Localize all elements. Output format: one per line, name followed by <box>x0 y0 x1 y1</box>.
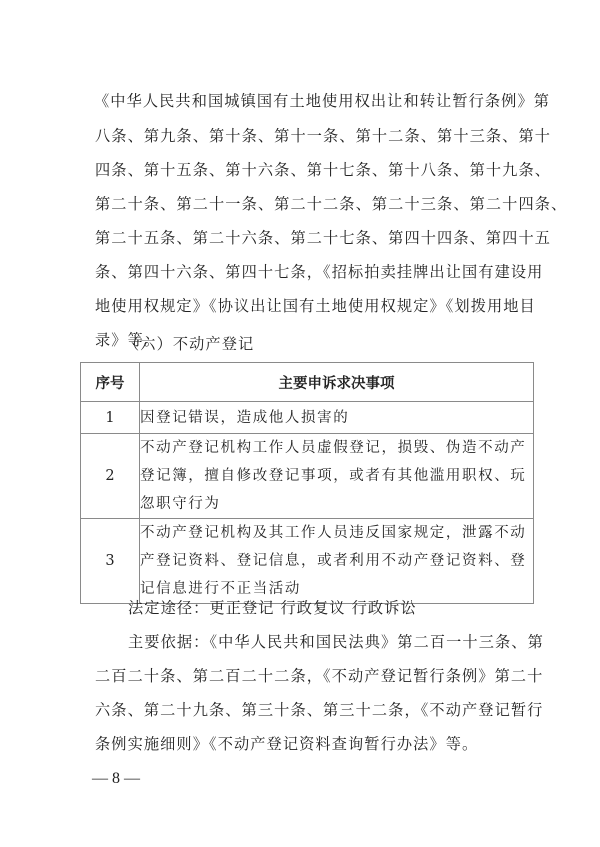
column-header-item: 主要申诉求决事项 <box>140 363 534 402</box>
text-line: 四条、第十五条、第十六条、第十七条、第十八条、第十九条、 <box>95 160 535 180</box>
row-number: 2 <box>81 434 140 519</box>
table-row: 3 不动产登记机构及其工作人员违反国家规定，泄露不动产登记资料、登记信息，或者利… <box>81 519 534 604</box>
row-item: 不动产登记机构及其工作人员违反国家规定，泄露不动产登记资料、登记信息，或者利用不… <box>140 519 534 604</box>
section-heading: （六）不动产登记 <box>124 334 564 354</box>
complaint-table: 序号 主要申诉求决事项 1 因登记错误，造成他人损害的 2 不动产登记机构工作人… <box>80 362 534 604</box>
table-row: 1 因登记错误，造成他人损害的 <box>81 402 534 434</box>
page-number: — 8 — <box>92 770 140 788</box>
text-line: 第二十条、第二十一条、第二十二条、第二十三条、第二十四条、 <box>95 194 535 214</box>
table-header-row: 序号 主要申诉求决事项 <box>81 363 534 402</box>
text-line: 《中华人民共和国城镇国有土地使用权出让和转让暂行条例》第 <box>94 91 534 111</box>
text-line: 条例实施细则》《不动产登记资料查询暂行办法》等。 <box>95 734 535 754</box>
row-item: 不动产登记机构工作人员虚假登记，损毁、伪造不动产登记簿，擅自修改登记事项，或者有… <box>140 434 534 519</box>
text-line: 第二十五条、第二十六条、第二十七条、第四十四条、第四十五 <box>95 228 535 248</box>
table-row: 2 不动产登记机构工作人员虚假登记，损毁、伪造不动产登记簿，擅自修改登记事项，或… <box>81 434 534 519</box>
text-line: 八条、第九条、第十条、第十一条、第十二条、第十三条、第十 <box>95 126 535 146</box>
column-header-number: 序号 <box>81 363 140 402</box>
text-line: 二百二十条、第二百二十二条，《不动产登记暂行条例》第二十 <box>95 666 535 686</box>
text-line: 主要依据：《中华人民共和国民法典》第二百一十三条、第 <box>128 632 538 652</box>
text-line: 条、第四十六条、第四十七条，《招标拍卖挂牌出让国有建设用 <box>95 262 535 282</box>
row-number: 3 <box>81 519 140 604</box>
row-number: 1 <box>81 402 140 434</box>
text-line: 六条、第二十九条、第三十条、第三十二条，《不动产登记暂行 <box>95 700 535 720</box>
legal-route: 法定途径：更正登记 行政复议 行政诉讼 <box>128 598 568 618</box>
row-item: 因登记错误，造成他人损害的 <box>140 402 534 434</box>
text-line: 地使用权规定》《协议出让国有土地使用权规定》《划拨用地目 <box>95 296 535 316</box>
